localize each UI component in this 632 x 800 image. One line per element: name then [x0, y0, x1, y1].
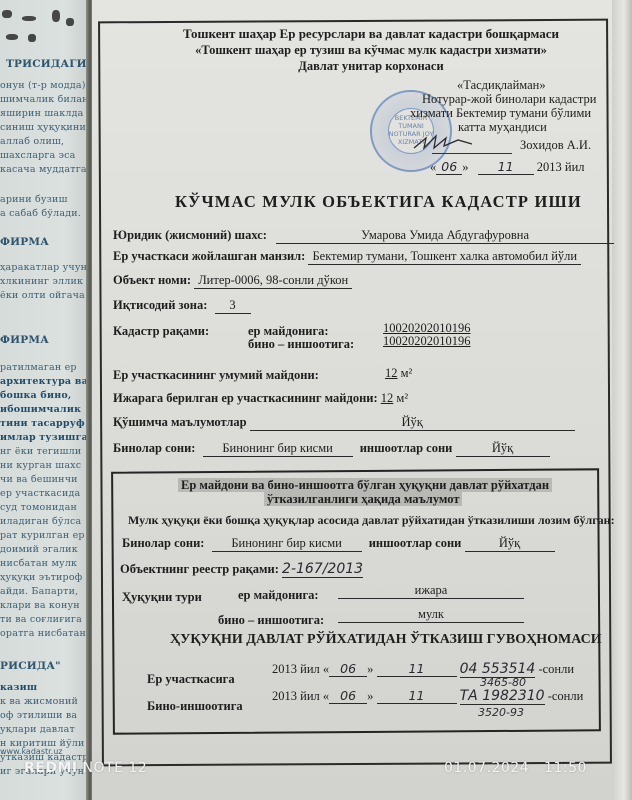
left-page-line: а сабаб бўлади. — [0, 208, 81, 219]
left-page-line: ратилмаган ер — [0, 362, 77, 373]
left-page-line: тини тасарруф — [0, 418, 85, 429]
registry-label: Объектнинг реестр рақами: — [120, 562, 279, 576]
right-land-value: ижара — [338, 583, 524, 599]
approval-month: 11 — [478, 159, 534, 175]
cadastre-label: Кадастр рақами: — [113, 324, 209, 339]
left-page-line: ер участкасида — [0, 488, 80, 499]
camera-timestamp: 01.07.2024 11:50 — [444, 760, 587, 776]
owner-label: Юридик (жисмоний) шахс: — [113, 228, 267, 242]
registration-subtitle: Мулк ҳуқуқи ёки бошқа ҳуқуқлар асосида д… — [128, 513, 615, 528]
left-page-line: оф этилиши ва — [0, 710, 77, 721]
right-edge — [612, 0, 632, 800]
right-building-label: бино – иншоотига: — [218, 613, 324, 628]
left-page-line: синиш ҳуқуқини — [0, 122, 86, 133]
signature-line — [432, 140, 512, 154]
cert-building-month: 11 — [377, 688, 457, 704]
left-page-line: шимчалик билан — [0, 94, 89, 105]
reg-buildings-row: Бинолар сони: Бинонинг бир кисми иншоотл… — [122, 536, 555, 552]
registry-row: Объектнинг реестр рақами: 2-167/2013 — [120, 561, 363, 577]
buildings-label: Бинолар сони: — [113, 441, 195, 455]
lease-area-row: Ижарага берилган ер участкасининг майдон… — [113, 391, 408, 406]
left-page-line: ФИРМА — [0, 334, 49, 346]
left-page-line: нисбатан мулк — [0, 558, 77, 569]
zone-label: Иқтисодий зона: — [113, 298, 207, 312]
left-page-line: ҳуқуқи эътироф — [0, 572, 82, 583]
structures-value: Йўқ — [456, 441, 550, 457]
approval-year: 2013 йил — [537, 160, 585, 174]
signature-scribble — [412, 134, 492, 152]
reg-buildings-label: Бинолар сони: — [122, 536, 204, 550]
extra-label: Қўшимча маълумотлар — [113, 415, 247, 429]
reg-structures-label: иншоотлар сони — [369, 536, 462, 550]
camera-model: REDMI NOTE 12 — [24, 760, 147, 776]
object-label: Объект номи: — [113, 273, 191, 287]
header-line-2: «Тошкент шаҳар ер тузиш ва кўчмас мулк к… — [55, 43, 632, 58]
extra-row: Қўшимча маълумотлар Йўқ — [113, 415, 575, 431]
left-page-line: суд томонидан — [0, 502, 77, 513]
left-page-line: аллаб олиш, — [0, 136, 64, 147]
left-page-line: оратга нисбатан — [0, 628, 86, 639]
left-page-line: иладиган бўлса — [0, 516, 81, 527]
left-page-line: яширин шаклда — [0, 108, 84, 119]
header-line-3: Давлат унитар корхонаси — [55, 59, 632, 74]
cert-land-sonli: -сонли — [538, 662, 574, 676]
left-page-line: клари ва конун — [0, 600, 80, 611]
zone-row: Иқтисодий зона: 3 — [113, 298, 251, 314]
total-area-row: Ер участкасининг умумий майдони: 12 м² — [113, 368, 319, 383]
object-value: Литер-0006, 98-сонли дўкон — [194, 273, 352, 289]
left-page-line: чи ва бешинчи — [0, 474, 78, 485]
lease-area-label: Ижарага берилган ер участкасининг майдон… — [113, 391, 378, 405]
registry-value: 2-167/2013 — [282, 561, 363, 578]
cert-land-month: 11 — [377, 661, 457, 677]
buildings-row: Бинолар сони: Бинонинг бир кисми иншоотл… — [113, 441, 550, 457]
reg-buildings-value: Бинонинг бир кисми — [212, 536, 362, 552]
approval-line-3: катта муҳандиси — [458, 120, 547, 135]
right-land-value-wrap: ижара — [338, 583, 524, 599]
lease-area-unit: м² — [396, 391, 408, 405]
left-page-line: ти ва соғлиғига — [0, 614, 82, 625]
left-page-line: рат курилган ер — [0, 530, 85, 541]
approval-signer: Зохидов А.И. — [520, 138, 591, 153]
cert-building-note: 3520-93 — [478, 706, 524, 719]
total-area-label: Ер участкасининг умумий майдони: — [113, 368, 319, 382]
left-page-line: хлкининг эллик — [0, 276, 83, 287]
document-title: КЎЧМАС МУЛК ОБЪЕКТИГА КАДАСТР ИШИ — [175, 192, 582, 212]
left-page-line: РИСИДА" — [0, 660, 61, 672]
cert-land-row: 2013 йил «06» 11 04 553514 -сонли — [272, 661, 574, 677]
left-page-line: арини бузиш — [0, 194, 68, 205]
right-land-label: ер майдонига: — [238, 588, 319, 603]
left-page-line: ибошимчалик — [0, 404, 81, 415]
buildings-value: Бинонинг бир кисми — [203, 441, 353, 457]
left-page-line: уқлари давлат — [0, 724, 75, 735]
cadastre-building-label: бино – иншоотига: — [248, 337, 354, 352]
left-page-line: шахсларга эса — [0, 150, 76, 161]
approval-day: 06 — [436, 159, 462, 175]
zone-value: 3 — [215, 298, 251, 314]
left-page-line: ҳаракатлар учун — [0, 262, 87, 273]
structures-label: иншоотлар сони — [360, 441, 453, 455]
left-page-line: нг ёки тегишли — [0, 446, 81, 457]
registration-title-1: Ер майдони ва бино-иншоотга бўлган ҳуқуқ… — [178, 478, 552, 493]
approval-line-2: хизмати Бектемир тумани бўлими — [410, 106, 591, 121]
left-page-line: ёки олти ойгача — [0, 290, 85, 301]
cadastre-building-value: 10020202010196 — [383, 334, 471, 349]
registration-title-2: ўтказилганлиги ҳақида маълумот — [264, 492, 462, 507]
cert-building-label: Бино-иншоотига — [147, 699, 243, 714]
certificate-title: ҲУҚУҚНИ ДАВЛАТ РЎЙХАТИДАН ЎТКАЗИШ ГУВОҲН… — [170, 632, 602, 648]
left-booklet-page: ТРИСИДАГИ онун (т-р модда)шимчалик билан… — [0, 0, 92, 800]
right-building-value: мулк — [338, 607, 524, 623]
cert-building-row: 2013 йил «06» 11 ТА 1982310 -сонли — [272, 688, 583, 704]
approval-title: «Тасдиқлайман» — [457, 78, 546, 93]
lease-area-value: 12 — [381, 391, 394, 405]
left-page-line: ФИРМА — [0, 236, 49, 248]
header-line-1: Тошкент шаҳар Ер ресурслари ва давлат ка… — [55, 26, 632, 42]
object-row: Объект номи: Литер-0006, 98-сонли дўкон — [113, 273, 352, 289]
left-page-line: доимий эгалик — [0, 544, 78, 555]
left-page-line: айди. Бапарти, — [0, 586, 78, 597]
left-page-line: имлар тузишга — [0, 432, 88, 443]
cert-building-sonli: -сонли — [548, 689, 584, 703]
cert-land-label: Ер участкасига — [147, 672, 235, 687]
owner-row: Юридик (жисмоний) шахс: Умарова Умида Аб… — [113, 228, 614, 244]
right-type-label: Ҳуқуқни тури — [122, 590, 202, 605]
total-area-value: 12 — [385, 366, 398, 380]
address-label: Ер участкаси жойлашган манзил: — [113, 249, 305, 263]
address-row: Ер участкаси жойлашган манзил: Бектемир … — [113, 249, 581, 265]
left-page-line: архитектура ва — [0, 376, 88, 387]
left-page-line: казиш — [0, 682, 37, 693]
cert-building-year: 2013 йил — [272, 689, 320, 703]
footer-link: www.kadastr.uz — [0, 747, 62, 756]
owner-value: Умарова Умида Абдугафуровна — [276, 228, 614, 244]
cert-land-day: 06 — [329, 661, 367, 677]
approval-line-1: Нотурар-жой бинолари кадастри — [422, 92, 596, 107]
left-page-line: ни курган шахс — [0, 460, 81, 471]
left-page-line: касача муддатга — [0, 164, 87, 175]
cert-building-day: 06 — [329, 688, 367, 704]
cert-land-year: 2013 йил — [272, 662, 320, 676]
left-page-line: онун (т-р модда) — [0, 80, 86, 91]
address-value: Бектемир тумани, Тошкент халка автомобил… — [308, 249, 581, 265]
reg-structures-value: Йўқ — [465, 536, 555, 552]
right-building-value-wrap: мулк — [338, 607, 524, 623]
left-page-line: к ва жисмоний — [0, 696, 78, 707]
approval-date: «06» 11 2013 йил — [430, 159, 585, 175]
left-page-line: бошка бино, — [0, 390, 71, 401]
cert-building-number: ТА 1982310 — [460, 688, 545, 705]
total-area-unit: м² — [401, 366, 413, 380]
extra-value: Йўқ — [250, 415, 575, 431]
